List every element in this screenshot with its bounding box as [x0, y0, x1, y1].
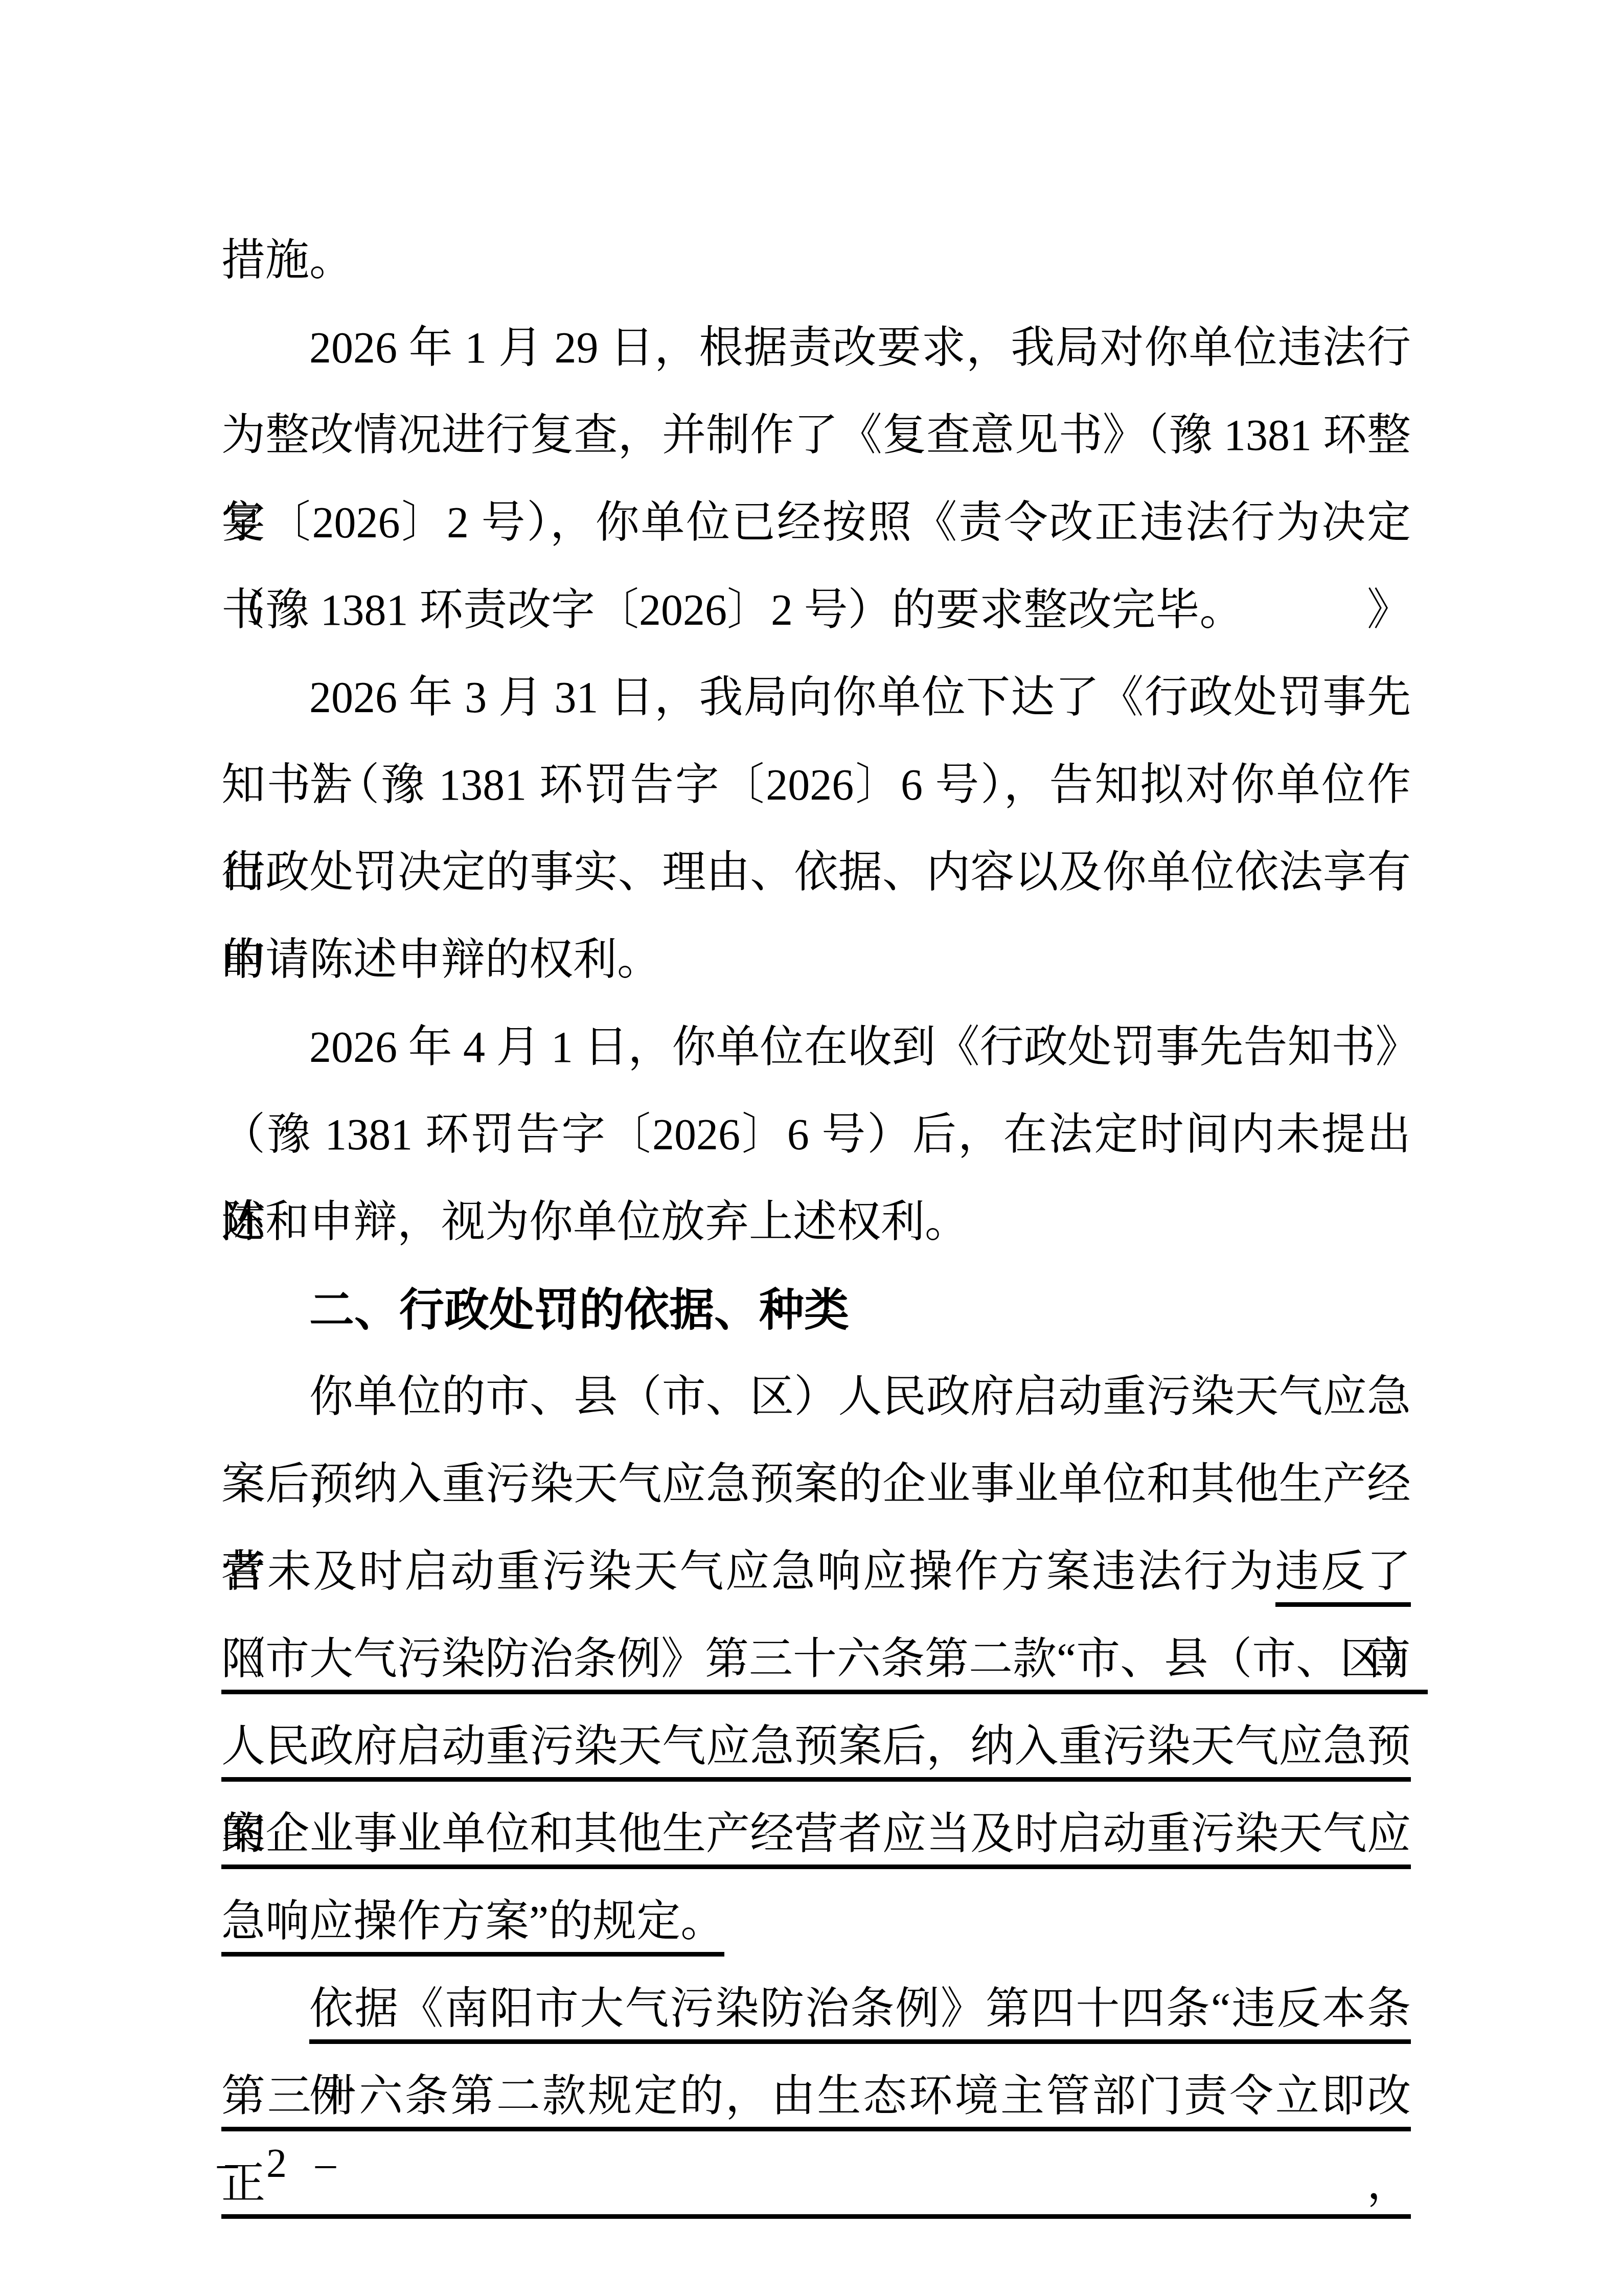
- text-segment: 述和申辩，视为你单位放弃上述权利。: [221, 1197, 969, 1246]
- section-heading: 二、行政处罚的依据、种类: [221, 1266, 1411, 1353]
- text-line-2: 2026 年 1 月 29 日，根据责改要求，我局对你单位违法行: [221, 304, 1411, 392]
- text-line-17: 阳市大气污染防治条例》第三十六条第二款“市、县（市、区）: [221, 1616, 1411, 1703]
- text-line-1: 措施。: [221, 217, 1411, 304]
- text-line-14: 你单位的市、县（市、区）人民政府启动重污染天气应急预: [221, 1353, 1411, 1441]
- underlined-text: 阳市大气污染防治条例》第三十六条第二款“市、县（市、区）: [221, 1634, 1428, 1694]
- text-line-4: 字〔2026〕2 号），你单位已经按照《责令改正违法行为决定书》: [221, 479, 1411, 566]
- text-segment: 者未及时启动重污染天气应急响应操作方案违法行为: [221, 1547, 1275, 1596]
- text-line-16: 者未及时启动重污染天气应急响应操作方案违法行为违反了《南: [221, 1528, 1411, 1616]
- text-segment: 措施。: [221, 236, 353, 285]
- text-line-19: 的企业事业单位和其他生产经营者应当及时启动重污染天气应: [221, 1790, 1411, 1878]
- text-line-21: 依据《南阳市大气污染防治条例》第四十四条“违反本条例: [221, 1965, 1411, 2053]
- text-line-12: 述和申辩，视为你单位放弃上述权利。: [221, 1178, 1411, 1266]
- underlined-text: 的企业事业单位和其他生产经营者应当及时启动重污染天气应: [221, 1809, 1411, 1869]
- underlined-text: 第三十六条第二款规定的，由生态环境主管部门责令立即改正，: [221, 2072, 1411, 2219]
- text-line-20: 急响应操作方案”的规定。: [221, 1878, 1411, 1965]
- document-body: 措施。2026 年 1 月 29 日，根据责改要求，我局对你单位违法行为整改情况…: [221, 217, 1411, 2140]
- text-line-11: （豫 1381 环罚告字〔2026〕6 号）后，在法定时间内未提出陈: [221, 1091, 1411, 1178]
- text-segment: 2026 年 4 月 1 日，你单位在收到《行政处罚事先告知书》: [309, 1022, 1420, 1072]
- text-line-6: 2026 年 3 月 31 日，我局向你单位下达了《行政处罚事先告: [221, 654, 1411, 741]
- text-line-18: 人民政府启动重污染天气应急预案后，纳入重污染天气应急预案: [221, 1703, 1411, 1790]
- text-segment: 二、行政处罚的依据、种类: [309, 1284, 849, 1335]
- text-line-15: 案后，纳入重污染天气应急预案的企业事业单位和其他生产经营: [221, 1441, 1411, 1528]
- text-segment: 申请陈述申辩的权利。: [221, 935, 661, 984]
- document-page: 措施。2026 年 1 月 29 日，根据责改要求，我局对你单位违法行为整改情况…: [0, 0, 1622, 2296]
- text-line-9: 申请陈述申辩的权利。: [221, 916, 1411, 1004]
- text-line-10: 2026 年 4 月 1 日，你单位在收到《行政处罚事先告知书》: [221, 1004, 1411, 1091]
- text-line-22: 第三十六条第二款规定的，由生态环境主管部门责令立即改正，: [221, 2053, 1411, 2140]
- text-segment: 2026 年 1 月 29 日，根据责改要求，我局对你单位违法行: [309, 323, 1411, 372]
- text-line-3: 为整改情况进行复查，并制作了《复查意见书》（豫 1381 环整复: [221, 392, 1411, 479]
- text-segment: （豫 1381 环责改字〔2026〕2 号）的要求整改完毕。: [221, 585, 1244, 634]
- page-number: – 2 –: [217, 2133, 345, 2194]
- text-line-8: 行政处罚决定的事实、理由、依据、内容以及你单位依法享有的: [221, 829, 1411, 916]
- text-line-5: （豫 1381 环责改字〔2026〕2 号）的要求整改完毕。: [221, 566, 1411, 654]
- text-line-7: 知书》（豫 1381 环罚告字〔2026〕6 号），告知拟对你单位作出: [221, 741, 1411, 829]
- underlined-text: 急响应操作方案”的规定。: [221, 1897, 724, 1957]
